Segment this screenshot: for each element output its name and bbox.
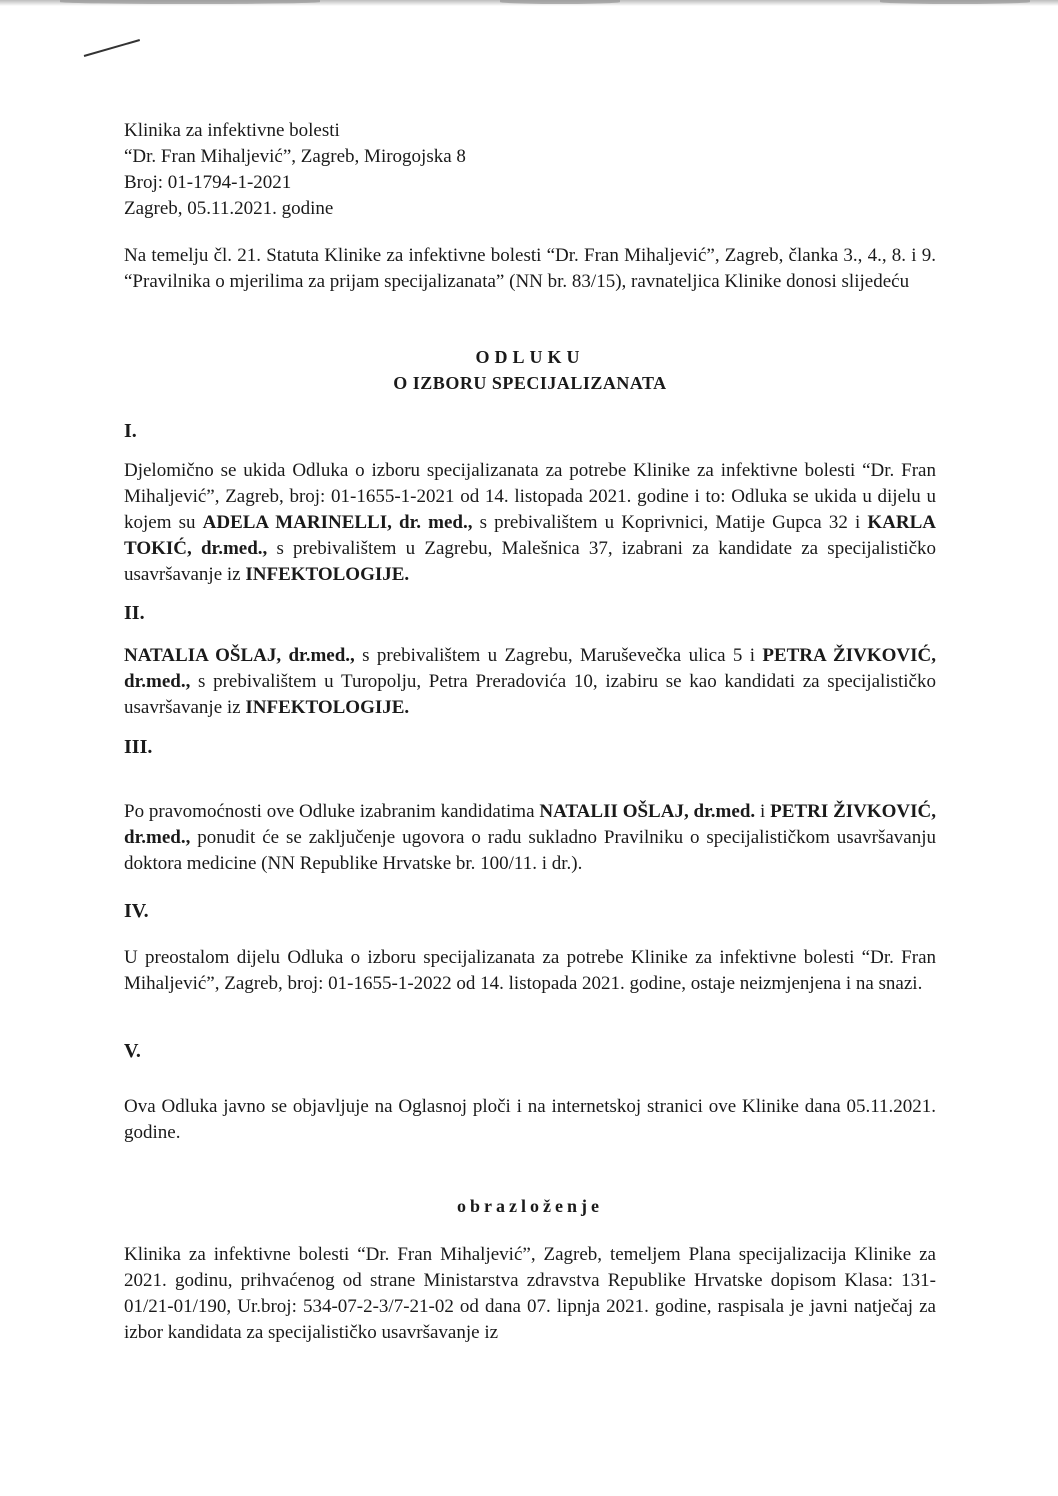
title-line-2: O IZBORU SPECIJALIZANATA bbox=[124, 370, 936, 396]
title-line-1: ODLUKU bbox=[124, 344, 936, 370]
text-run: ponudit će se zaključenje ugovora o radu… bbox=[124, 827, 936, 874]
pen-mark bbox=[84, 39, 140, 57]
bold-run: INFEKTOLOGIJE. bbox=[245, 564, 409, 585]
document-number: Broj: 01-1794-1-2021 bbox=[124, 170, 936, 196]
section-5-text: Ova Odluka javno se objavljuje na Oglasn… bbox=[124, 1094, 936, 1146]
text-run: Po pravomoćnosti ove Odluke izabranim ka… bbox=[124, 801, 539, 822]
scan-edge-shadow bbox=[0, 0, 1058, 6]
text-run: i bbox=[755, 801, 770, 822]
section-numeral-1: I. bbox=[124, 418, 936, 444]
section-numeral-3: III. bbox=[124, 734, 936, 760]
section-3-text: Po pravomoćnosti ove Odluke izabranim ka… bbox=[124, 799, 936, 877]
decision-title: ODLUKU O IZBORU SPECIJALIZANATA bbox=[124, 344, 936, 396]
scan-shadow-segment bbox=[60, 0, 320, 4]
bold-run: ADELA MARINELLI, dr. med., bbox=[203, 512, 473, 533]
section-4-text: U preostalom dijelu Odluka o izboru spec… bbox=[124, 945, 936, 997]
place-date: Zagreb, 05.11.2021. godine bbox=[124, 196, 936, 222]
institution-address: “Dr. Fran Mihaljević”, Zagreb, Mirogojsk… bbox=[124, 144, 936, 170]
bold-run: NATALIA OŠLAJ, dr.med., bbox=[124, 645, 355, 666]
section-numeral-5: V. bbox=[124, 1038, 936, 1064]
explanation-heading: obrazloženje bbox=[124, 1193, 936, 1219]
preamble: Na temelju čl. 21. Statuta Klinike za in… bbox=[124, 243, 936, 295]
section-numeral-4: IV. bbox=[124, 898, 936, 924]
text-run: s prebivalištem u Zagrebu, Maruševečka u… bbox=[355, 645, 763, 666]
section-numeral-2: II. bbox=[124, 600, 936, 626]
institution-name: Klinika za infektivne bolesti bbox=[124, 118, 936, 144]
letterhead: Klinika za infektivne bolesti “Dr. Fran … bbox=[124, 118, 936, 222]
section-1-text: Djelomično se ukida Odluka o izboru spec… bbox=[124, 458, 936, 588]
bold-run: INFEKTOLOGIJE. bbox=[245, 697, 409, 718]
section-2-text: NATALIA OŠLAJ, dr.med., s prebivalištem … bbox=[124, 643, 936, 721]
scan-shadow-segment bbox=[500, 0, 620, 4]
bold-run: NATALII OŠLAJ, dr.med. bbox=[539, 801, 755, 822]
explanation-text: Klinika za infektivne bolesti “Dr. Fran … bbox=[124, 1242, 936, 1346]
scan-shadow-segment bbox=[880, 0, 1030, 4]
text-run: U preostalom dijelu Odluka o izboru spec… bbox=[124, 947, 936, 994]
text-run: Ova Odluka javno se objavljuje na Oglasn… bbox=[124, 1096, 936, 1143]
text-run: s prebivalištem u Koprivnici, Matije Gup… bbox=[472, 512, 867, 533]
